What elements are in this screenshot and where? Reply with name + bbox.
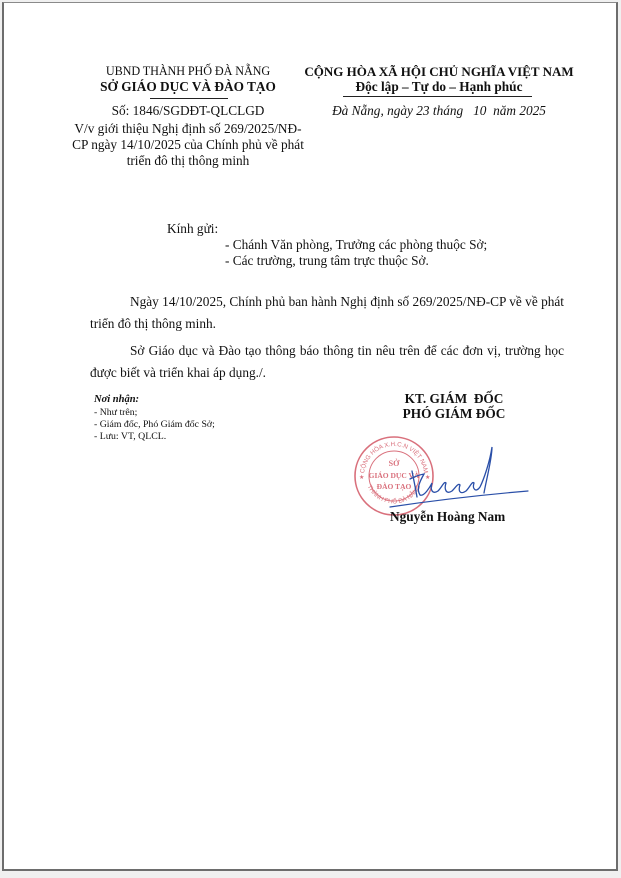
body-paragraph: Sở Giáo dục và Đào tạo thông báo thông t…: [90, 340, 564, 384]
recipient-item: - Các trường, trung tâm trực thuộc Sở.: [225, 253, 429, 269]
signer-name: Nguyễn Hoàng Nam: [390, 509, 505, 525]
document-number: Số: 1846/SGDĐT-QLCLGD: [68, 103, 308, 119]
svg-text:★: ★: [359, 474, 364, 481]
issuing-authority: UBND THÀNH PHỐ ĐÀ NẴNG: [68, 64, 308, 79]
document-page: UBND THÀNH PHỐ ĐÀ NẴNG SỞ GIÁO DỤC VÀ ĐÀ…: [2, 2, 618, 871]
signature-title: PHÓ GIÁM ĐỐC: [364, 406, 544, 422]
recipient-item: - Chánh Văn phòng, Trưởng các phòng thuộ…: [225, 237, 487, 253]
issuing-agency: SỞ GIÁO DỤC VÀ ĐÀO TẠO: [68, 79, 308, 95]
handwritten-signature-icon: [380, 441, 530, 513]
motto-underline: [343, 96, 532, 97]
body-paragraph: Ngày 14/10/2025, Chính phủ ban hành Nghị…: [90, 291, 564, 335]
national-motto: Độc lập – Tự do – Hạnh phúc: [304, 79, 574, 95]
signature-role: KT. GIÁM ĐỐC: [364, 391, 544, 407]
distribution-item: - Như trên;: [94, 407, 137, 418]
distribution-title: Nơi nhận:: [94, 394, 139, 405]
salutation: Kính gửi:: [167, 221, 218, 237]
distribution-item: - Giám đốc, Phó Giám đốc Sở;: [94, 419, 215, 430]
national-title: CỘNG HÒA XÃ HỘI CHỦ NGHĨA VIỆT NAM: [304, 64, 574, 80]
distribution-item: - Lưu: VT, QLCL.: [94, 431, 166, 442]
place-date: Đà Nẵng, ngày 23 tháng 10 năm 2025: [304, 103, 574, 119]
document-subject: V/v giới thiệu Nghị định số 269/2025/NĐ-…: [68, 121, 308, 169]
agency-underline: [150, 98, 228, 99]
